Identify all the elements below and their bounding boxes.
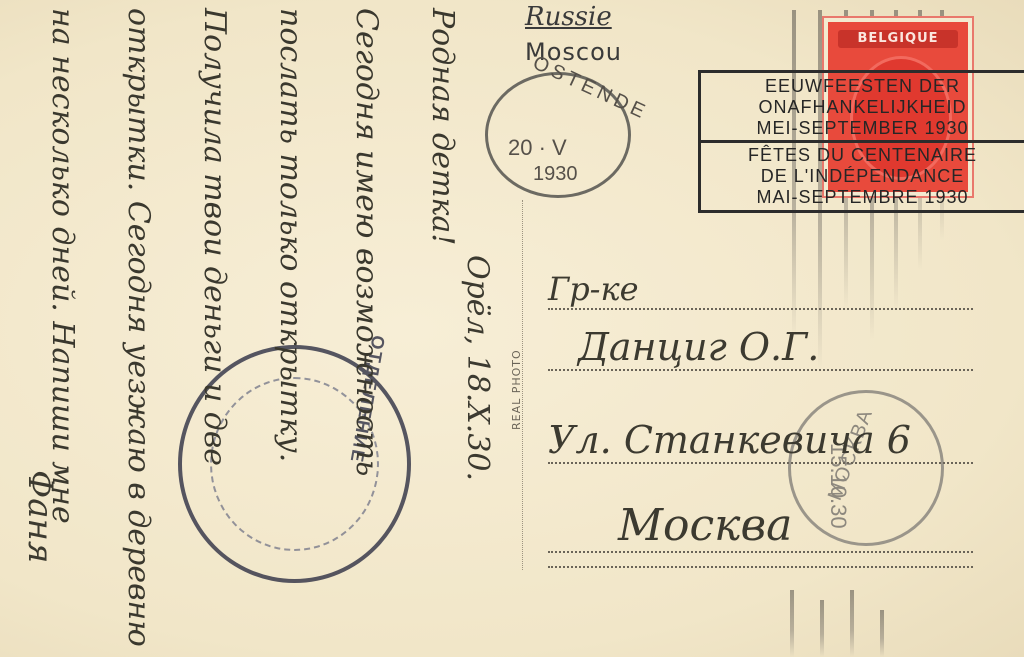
postcard: Russie Moscou BELGIQUE EEUWFEESTEN DER O… [0, 0, 1024, 657]
slogan-line: EEUWFEESTEN DER [701, 76, 1024, 97]
message-line: послать только открытку. [252, 8, 328, 648]
message-line: открытки. Сегодня уезжаю в деревню [100, 8, 176, 648]
message-signature: Фаня [20, 470, 60, 563]
address-street: Ул. Станкевича 6 [548, 418, 973, 464]
slogan-line: DE L'INDÉPENDANCE [701, 166, 1024, 187]
slogan-line: FÊTES DU CENTENAIRE [701, 145, 1024, 166]
message-line: Получила твои деньги и две [176, 8, 252, 648]
stamp-country: BELGIQUE [838, 30, 958, 48]
address-city: Москва [548, 500, 973, 553]
postmark-date: 20 · V [508, 135, 567, 161]
origin-postmark: OSTENDE 20 · V 1930 [485, 72, 631, 198]
slogan-line: MEI-SEPTEMBER 1930 [701, 118, 1024, 139]
slogan-cancellation: EEUWFEESTEN DER ONAFHANKELIJKHEID MEI-SE… [698, 70, 1024, 213]
address-name: Данциг О.Г. [548, 325, 973, 371]
address-blank-line [548, 566, 973, 568]
printed-label: REAL PHOTO [510, 349, 523, 430]
message-line: Родная детка! [404, 8, 480, 648]
slogan-line: ONAFHANKELIJKHEID [701, 97, 1024, 118]
slogan-divider [701, 140, 1024, 143]
message-body: Родная детка! Сегодня имею возможность п… [10, 8, 480, 648]
message-line: Сегодня имею возможность [328, 8, 404, 648]
destination-country: Russie [525, 2, 622, 32]
postmark-year: 1930 [533, 163, 578, 186]
address-salutation: Гр-ке [548, 270, 973, 310]
slogan-line: MAI-SEPTEMBRE 1930 [701, 187, 1024, 208]
